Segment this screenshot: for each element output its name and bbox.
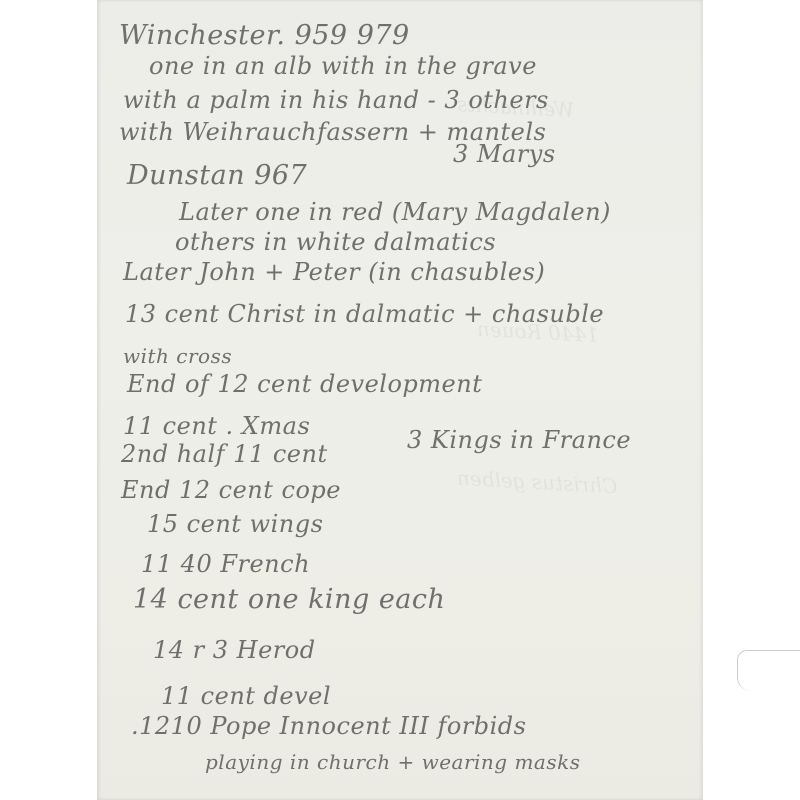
- note-line: 13 cent Christ in dalmatic + chasuble: [125, 300, 604, 328]
- bleed-through-text: Christus gelben: [456, 466, 618, 498]
- note-line: with a palm in his hand - 3 others: [123, 86, 549, 114]
- note-line: .1210 Pope Innocent III forbids: [131, 712, 526, 740]
- note-line: one in an alb with in the grave: [149, 52, 537, 80]
- note-line: 14 r 3 Herod: [153, 636, 316, 664]
- margin-scribble: [737, 650, 800, 691]
- note-line: 11 40 French: [141, 550, 310, 578]
- note-line-heading: Dunstan 967: [127, 160, 307, 191]
- note-line-heading: Winchester. 959 979: [119, 20, 410, 51]
- note-line: 3 Marys: [453, 140, 556, 168]
- note-line: 11 cent . Xmas: [123, 412, 310, 440]
- note-line: 2nd half 11 cent: [121, 440, 328, 468]
- note-line: 14 cent one king each: [133, 584, 445, 615]
- note-line: End 12 cent cope: [121, 476, 341, 504]
- note-line: End of 12 cent development: [127, 370, 482, 398]
- note-line: 3 Kings in France: [407, 426, 631, 454]
- manuscript-page: Weihnachts 1440 Rouen Christus gelben Wi…: [97, 0, 703, 800]
- note-line: others in white dalmatics: [175, 228, 496, 256]
- note-line: 11 cent devel: [161, 682, 331, 710]
- note-line: Later John + Peter (in chasubles): [123, 258, 545, 286]
- note-line: Later one in red (Mary Magdalen): [179, 198, 611, 226]
- note-line: playing in church + wearing masks: [205, 750, 580, 774]
- note-line: with cross: [123, 344, 232, 368]
- note-line: 15 cent wings: [147, 510, 323, 538]
